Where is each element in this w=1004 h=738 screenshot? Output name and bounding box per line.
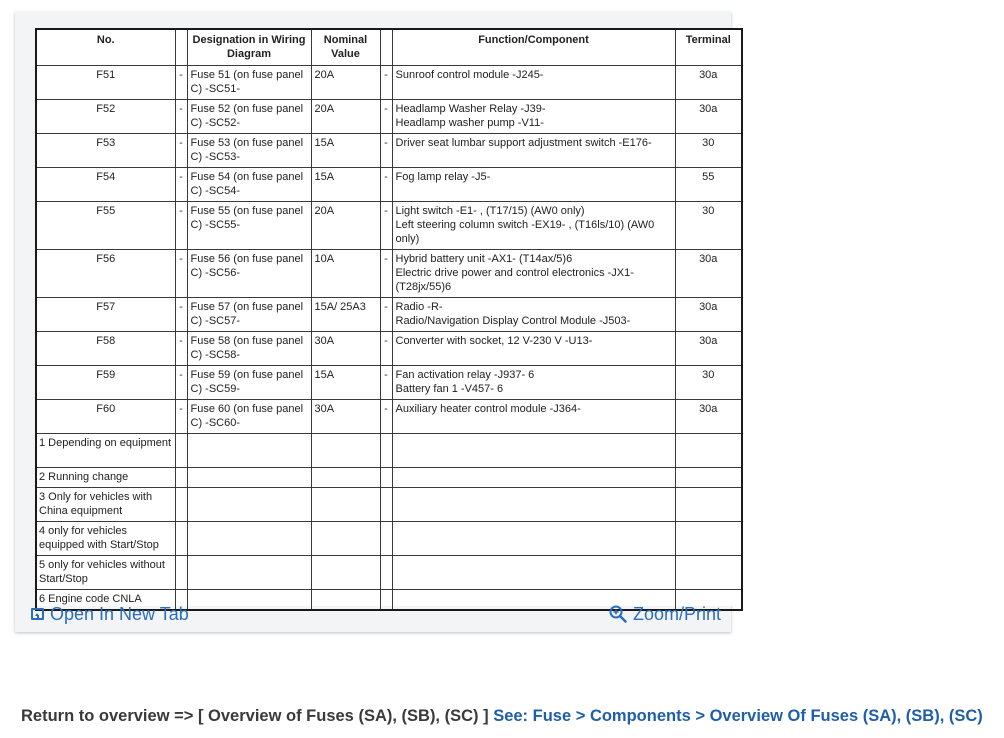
cell-function: Sunroof control module -J245-: [392, 66, 675, 100]
empty-cell: [187, 434, 311, 468]
cell-terminal: 30: [675, 134, 742, 168]
open-in-new-tab-link[interactable]: Open In New Tab: [31, 604, 189, 625]
table-row: F59-Fuse 59 (on fuse panel C) -SC59-15A-…: [36, 366, 742, 400]
function-line: Electric drive power and control electro…: [396, 266, 672, 294]
empty-cell: [311, 556, 380, 590]
function-line: Sunroof control module -J245-: [396, 68, 672, 82]
cell-dash: -: [380, 100, 392, 134]
table-header-row: No. Designation in Wiring Diagram Nomina…: [36, 29, 742, 66]
cell-function: Fog lamp relay -J5-: [392, 168, 675, 202]
function-line: Converter with socket, 12 V-230 V -U13-: [396, 334, 672, 348]
table-row: F58-Fuse 58 (on fuse panel C) -SC58-30A-…: [36, 332, 742, 366]
zoom-print-link[interactable]: Zoom/Print: [609, 604, 721, 625]
cell-nominal: 20A: [311, 100, 380, 134]
cell-no: F54: [36, 168, 175, 202]
table-row: F51-Fuse 51 (on fuse panel C) -SC51-20A-…: [36, 66, 742, 100]
diagram-footer: Open In New Tab Zoom/Print: [15, 596, 731, 632]
empty-cell: [187, 556, 311, 590]
header-spacer: [175, 29, 187, 66]
cell-dash: -: [175, 366, 187, 400]
empty-cell: [187, 488, 311, 522]
cell-designation: Fuse 57 (on fuse panel C) -SC57-: [187, 298, 311, 332]
cell-no: F52: [36, 100, 175, 134]
cell-nominal: 30A: [311, 332, 380, 366]
footnote-row: 3 Only for vehicles with China equipment: [36, 488, 742, 522]
cell-dash: -: [380, 366, 392, 400]
cell-nominal: 10A: [311, 250, 380, 298]
table-row: F57-Fuse 57 (on fuse panel C) -SC57-15A/…: [36, 298, 742, 332]
function-line: Fan activation relay -J937- 6: [396, 368, 672, 382]
cell-nominal: 15A: [311, 134, 380, 168]
cell-nominal: 30A: [311, 400, 380, 434]
cell-dash: -: [380, 332, 392, 366]
cell-terminal: 30a: [675, 100, 742, 134]
empty-cell: [175, 556, 187, 590]
function-line: Light switch -E1- , (T17/15) (AW0 only): [396, 204, 672, 218]
return-to-overview: Return to overview => [ Overview of Fuse…: [21, 707, 983, 726]
empty-cell: [311, 488, 380, 522]
cell-designation: Fuse 55 (on fuse panel C) -SC55-: [187, 202, 311, 250]
cell-terminal: 30a: [675, 332, 742, 366]
cell-dash: -: [175, 202, 187, 250]
cell-terminal: 30: [675, 366, 742, 400]
header-terminal: Terminal: [675, 29, 742, 66]
cell-dash: -: [380, 400, 392, 434]
footnote-text: 5 only for vehicles without Start/Stop: [36, 556, 175, 590]
cell-terminal: 30: [675, 202, 742, 250]
table-row: F56-Fuse 56 (on fuse panel C) -SC56-10A-…: [36, 250, 742, 298]
footnote-text: 4 only for vehicles equipped with Start/…: [36, 522, 175, 556]
see-link[interactable]: See: Fuse > Components > Overview Of Fus…: [493, 707, 983, 725]
cell-dash: -: [175, 332, 187, 366]
empty-cell: [675, 556, 742, 590]
cell-nominal: 20A: [311, 202, 380, 250]
cell-dash: -: [380, 66, 392, 100]
cell-designation: Fuse 53 (on fuse panel C) -SC53-: [187, 134, 311, 168]
empty-cell: [392, 522, 675, 556]
cell-function: Radio -R-Radio/Navigation Display Contro…: [392, 298, 675, 332]
fuse-table-image: No. Designation in Wiring Diagram Nomina…: [35, 28, 741, 606]
empty-cell: [187, 468, 311, 488]
empty-cell: [675, 522, 742, 556]
empty-cell: [311, 468, 380, 488]
cell-dash: -: [380, 134, 392, 168]
empty-cell: [175, 488, 187, 522]
header-no: No.: [36, 29, 175, 66]
header-spacer: [380, 29, 392, 66]
function-line: Battery fan 1 -V457- 6: [396, 382, 672, 396]
empty-cell: [175, 434, 187, 468]
table-row: F53-Fuse 53 (on fuse panel C) -SC53-15A-…: [36, 134, 742, 168]
table-row: F52-Fuse 52 (on fuse panel C) -SC52-20A-…: [36, 100, 742, 134]
cell-function: Headlamp Washer Relay -J39-Headlamp wash…: [392, 100, 675, 134]
cell-no: F59: [36, 366, 175, 400]
cell-terminal: 30a: [675, 400, 742, 434]
zoom-in-icon: [609, 605, 627, 623]
footnote-row: 4 only for vehicles equipped with Start/…: [36, 522, 742, 556]
empty-cell: [675, 488, 742, 522]
return-text: Return to overview => [ Overview of Fuse…: [21, 707, 489, 725]
empty-cell: [175, 522, 187, 556]
table-row: F60-Fuse 60 (on fuse panel C) -SC60-30A-…: [36, 400, 742, 434]
header-function: Function/Component: [392, 29, 675, 66]
cell-no: F56: [36, 250, 175, 298]
empty-cell: [392, 434, 675, 468]
header-nominal: Nominal Value: [311, 29, 380, 66]
empty-cell: [380, 468, 392, 488]
footnote-row: 1 Depending on equipment: [36, 434, 742, 468]
empty-cell: [311, 522, 380, 556]
cell-function: Driver seat lumbar support adjustment sw…: [392, 134, 675, 168]
cell-function: Fan activation relay -J937- 6Battery fan…: [392, 366, 675, 400]
cell-no: F58: [36, 332, 175, 366]
cell-designation: Fuse 59 (on fuse panel C) -SC59-: [187, 366, 311, 400]
cell-nominal: 15A: [311, 366, 380, 400]
function-line: Driver seat lumbar support adjustment sw…: [396, 136, 672, 150]
empty-cell: [380, 522, 392, 556]
cell-dash: -: [175, 298, 187, 332]
function-line: Auxiliary heater control module -J364-: [396, 402, 672, 416]
cell-function: Light switch -E1- , (T17/15) (AW0 only)L…: [392, 202, 675, 250]
cell-function: Converter with socket, 12 V-230 V -U13-: [392, 332, 675, 366]
cell-dash: -: [175, 134, 187, 168]
footnote-row: 2 Running change: [36, 468, 742, 488]
cell-dash: -: [175, 250, 187, 298]
cell-no: F60: [36, 400, 175, 434]
cell-dash: -: [380, 250, 392, 298]
cell-dash: -: [175, 100, 187, 134]
cell-no: F51: [36, 66, 175, 100]
empty-cell: [380, 488, 392, 522]
cell-designation: Fuse 51 (on fuse panel C) -SC51-: [187, 66, 311, 100]
zoom-print-label: Zoom/Print: [633, 604, 721, 625]
cell-no: F55: [36, 202, 175, 250]
table-row: F54-Fuse 54 (on fuse panel C) -SC54-15A-…: [36, 168, 742, 202]
cell-designation: Fuse 52 (on fuse panel C) -SC52-: [187, 100, 311, 134]
footnote-text: 3 Only for vehicles with China equipment: [36, 488, 175, 522]
function-line: Fog lamp relay -J5-: [396, 170, 672, 184]
diagram-frame: No. Designation in Wiring Diagram Nomina…: [15, 12, 731, 632]
empty-cell: [392, 556, 675, 590]
footnote-text: 1 Depending on equipment: [36, 434, 175, 468]
empty-cell: [675, 468, 742, 488]
cell-nominal: 15A: [311, 168, 380, 202]
empty-cell: [380, 556, 392, 590]
empty-cell: [392, 468, 675, 488]
empty-cell: [392, 488, 675, 522]
open-new-tab-icon: [31, 608, 44, 620]
open-in-new-tab-label: Open In New Tab: [50, 604, 189, 625]
empty-cell: [675, 434, 742, 468]
empty-cell: [187, 522, 311, 556]
cell-terminal: 30a: [675, 250, 742, 298]
table-row: F55-Fuse 55 (on fuse panel C) -SC55-20A-…: [36, 202, 742, 250]
cell-dash: -: [175, 168, 187, 202]
cell-nominal: 20A: [311, 66, 380, 100]
function-line: Left steering column switch -EX19- , (T1…: [396, 218, 672, 246]
cell-dash: -: [380, 298, 392, 332]
footnote-row: 5 only for vehicles without Start/Stop: [36, 556, 742, 590]
function-line: Hybrid battery unit -AX1- (T14ax/5)6: [396, 252, 672, 266]
function-line: Headlamp Washer Relay -J39-: [396, 102, 672, 116]
function-line: Headlamp washer pump -V11-: [396, 116, 672, 130]
fuse-table: No. Designation in Wiring Diagram Nomina…: [35, 28, 743, 611]
cell-designation: Fuse 54 (on fuse panel C) -SC54-: [187, 168, 311, 202]
cell-dash: -: [175, 400, 187, 434]
cell-terminal: 30a: [675, 298, 742, 332]
function-line: Radio/Navigation Display Control Module …: [396, 314, 672, 328]
cell-dash: -: [380, 202, 392, 250]
header-designation: Designation in Wiring Diagram: [187, 29, 311, 66]
cell-terminal: 55: [675, 168, 742, 202]
cell-function: Auxiliary heater control module -J364-: [392, 400, 675, 434]
footnote-text: 2 Running change: [36, 468, 175, 488]
empty-cell: [175, 468, 187, 488]
empty-cell: [380, 434, 392, 468]
cell-designation: Fuse 58 (on fuse panel C) -SC58-: [187, 332, 311, 366]
cell-nominal: 15A/ 25A3: [311, 298, 380, 332]
cell-function: Hybrid battery unit -AX1- (T14ax/5)6Elec…: [392, 250, 675, 298]
cell-no: F57: [36, 298, 175, 332]
cell-designation: Fuse 56 (on fuse panel C) -SC56-: [187, 250, 311, 298]
empty-cell: [311, 434, 380, 468]
table-body: F51-Fuse 51 (on fuse panel C) -SC51-20A-…: [36, 66, 742, 610]
cell-designation: Fuse 60 (on fuse panel C) -SC60-: [187, 400, 311, 434]
function-line: Radio -R-: [396, 300, 672, 314]
cell-dash: -: [380, 168, 392, 202]
cell-no: F53: [36, 134, 175, 168]
cell-terminal: 30a: [675, 66, 742, 100]
cell-dash: -: [175, 66, 187, 100]
